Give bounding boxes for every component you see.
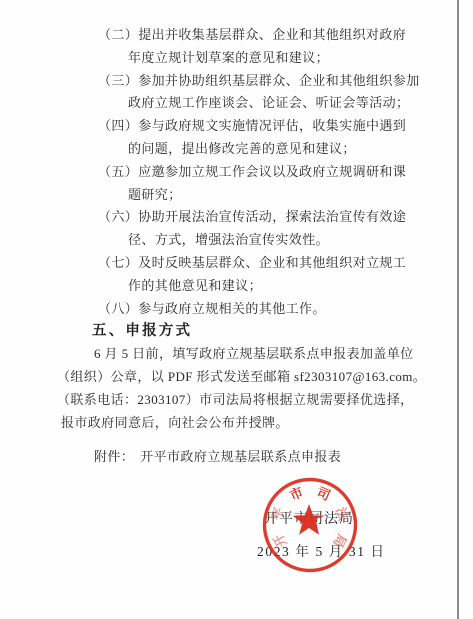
seal-arc-char: 司 bbox=[315, 484, 333, 503]
paragraph-line-3: （联系电话：2303107）市司法局将根据立规需要择优选择， bbox=[0, 389, 456, 412]
attachment-title: 开平市政府立规基层联系点申报表 bbox=[140, 449, 341, 464]
list-item-4-line2: 的问题，提出修改完善的意见和建议； bbox=[0, 138, 456, 161]
seal-arc-char: 局 bbox=[330, 532, 349, 551]
seal-arc-char: 平 bbox=[269, 505, 287, 522]
list-item-7-marker: （七） bbox=[98, 255, 138, 270]
list-item-6-marker: （六） bbox=[98, 209, 138, 224]
list-item-5-text: 应邀参加立规工作会议以及政府立规调研和课 bbox=[138, 164, 406, 179]
list-item-7-line2: 作的其他意见和建议； bbox=[0, 275, 456, 298]
paragraph-line-1: 6 月 5 日前，填写政府立规基层联系点申报表加盖单位 bbox=[0, 343, 456, 366]
list-item-6-text: 协助开展法治宣传活动，探索法治宣传有效途 bbox=[138, 209, 406, 224]
paragraph-line-4: 报市政府同意后，向社会公布并授牌。 bbox=[0, 412, 456, 435]
list-item-4-marker: （四） bbox=[98, 118, 138, 133]
seal-arc-char: 市 bbox=[287, 484, 305, 503]
list-item-2-marker: （二） bbox=[98, 27, 138, 42]
list-item-5-line1: （五）应邀参加立规工作会议以及政府立规调研和课 bbox=[0, 161, 456, 184]
list-item-7-line1: （七）及时反映基层群众、企业和其他组织对立规工 bbox=[0, 252, 456, 275]
list-item-4-line1: （四）参与政府规文实施情况评估，收集实施中遇到 bbox=[0, 115, 456, 138]
star-icon bbox=[293, 504, 325, 535]
official-seal-stamp-icon: 开 平 市 司 法 局 bbox=[257, 472, 363, 578]
seal-arc-char: 法 bbox=[333, 505, 352, 523]
paragraph-line-2: （组织）公章，以 PDF 形式发送至邮箱 sf2303107@163.com。 bbox=[0, 366, 456, 389]
attachment-label: 附件： bbox=[94, 449, 134, 464]
page-edge-line bbox=[457, 0, 459, 619]
list-item-3-line2: 政府立规工作座谈会、论证会、听证会等活动； bbox=[0, 92, 456, 115]
list-item-6-line2: 径、方式，增强法治宣传实效性。 bbox=[0, 229, 456, 252]
list-item-3-text: 参加并协助组织基层群众、企业和其他组织参加 bbox=[138, 73, 419, 88]
list-item-2-text: 提出并收集基层群众、企业和其他组织对政府 bbox=[138, 27, 406, 42]
seal-arc-char: 开 bbox=[270, 532, 289, 551]
document-body: （二）提出并收集基层群众、企业和其他组织对政府 年度立规计划草案的意见和建议； … bbox=[0, 24, 456, 469]
list-item-3-marker: （三） bbox=[98, 73, 138, 88]
list-item-2-line1: （二）提出并收集基层群众、企业和其他组织对政府 bbox=[0, 24, 456, 47]
list-item-5-marker: （五） bbox=[98, 164, 138, 179]
list-item-3-line1: （三）参加并协助组织基层群众、企业和其他组织参加 bbox=[0, 70, 456, 93]
list-item-4-text: 参与政府规文实施情况评估，收集实施中遇到 bbox=[138, 118, 406, 133]
list-item-6-line1: （六）协助开展法治宣传活动，探索法治宣传有效途 bbox=[0, 206, 456, 229]
document-page: （二）提出并收集基层群众、企业和其他组织对政府 年度立规计划草案的意见和建议； … bbox=[0, 0, 473, 619]
list-item-7-text: 及时反映基层群众、企业和其他组织对立规工 bbox=[138, 255, 406, 270]
list-item-2-line2: 年度立规计划草案的意见和建议； bbox=[0, 47, 456, 70]
list-item-8-line1: （八）参与政府立规相关的其他工作。 bbox=[0, 298, 456, 321]
attachment-line: 附件：开平市政府立规基层联系点申报表 bbox=[0, 446, 456, 469]
section-heading: 五、申报方式 bbox=[0, 320, 456, 343]
list-item-8-marker: （八） bbox=[98, 301, 138, 316]
list-item-8-text: 参与政府立规相关的其他工作。 bbox=[138, 301, 326, 316]
list-item-5-line2: 题研究； bbox=[0, 184, 456, 207]
